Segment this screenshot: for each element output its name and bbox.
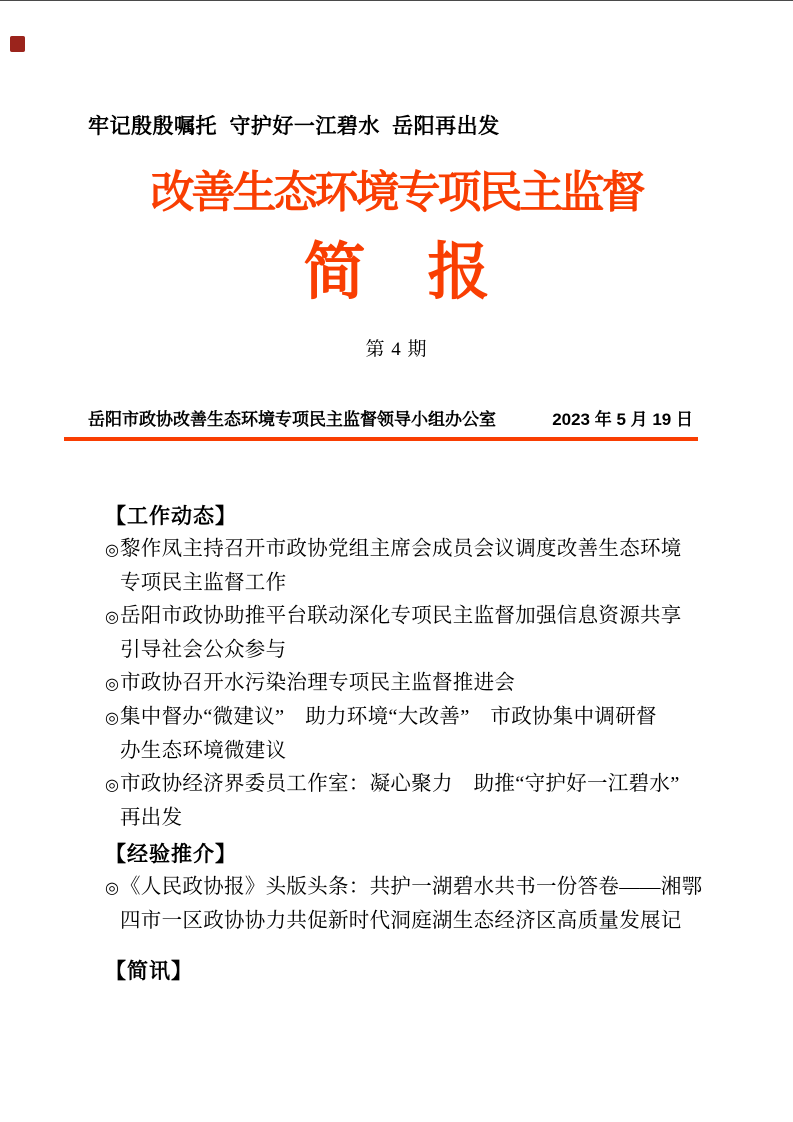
section-heading: 【经验推介】 <box>105 837 725 871</box>
bullet-icon: ◎ <box>105 872 120 905</box>
item-text: 集中督办“微建议” 助力环境“大改善” 市政协集中调研督 <box>120 706 657 728</box>
toc-item: ◎市政协召开水污染治理专项民主监督推进会 <box>105 667 725 701</box>
item-text: 黎作凤主持召开市政协党组主席会成员会议调度改善生态环境 <box>120 538 682 560</box>
item-line-continuation: 引导社会公众参与 <box>105 634 725 667</box>
bulletin-masthead: 简 报 <box>0 234 793 312</box>
item-text: 《人民政协报》头版头条：共护一湖碧水共书一份答卷——湘鄂 <box>120 876 702 898</box>
bulletin-page: 牢记殷殷嘱托 守护好一江碧水 岳阳再出发 改善生态环境专项民主监督 简 报 第 … <box>0 0 793 1122</box>
item-line-continuation: 再出发 <box>105 802 725 835</box>
item-line-first: ◎集中督办“微建议” 助力环境“大改善” 市政协集中调研督 <box>105 701 725 735</box>
bullet-icon: ◎ <box>105 601 120 634</box>
slogan-line: 牢记殷殷嘱托 守护好一江碧水 岳阳再出发 <box>88 114 500 140</box>
item-line-continuation: 专项民主监督工作 <box>105 567 725 600</box>
item-text: 岳阳市政协助推平台联动深化专项民主监督加强信息资源共享 <box>120 605 682 627</box>
bullet-icon: ◎ <box>105 769 120 802</box>
issuer-row: 岳阳市政协改善生态环境专项民主监督领导小组办公室 2023 年 5 月 19 日 <box>88 406 693 434</box>
item-line-first: ◎黎作凤主持召开市政协党组主席会成员会议调度改善生态环境 <box>105 533 725 567</box>
section-heading: 【工作动态】 <box>105 499 725 533</box>
item-line-first: ◎《人民政协报》头版头条：共护一湖碧水共书一份答卷——湘鄂 <box>105 871 725 905</box>
masthead-divider-rule <box>64 437 698 441</box>
issue-date: 2023 年 5 月 19 日 <box>552 406 693 434</box>
bulletin-title: 改善生态环境专项民主监督 <box>0 167 793 219</box>
issuer-office: 岳阳市政协改善生态环境专项民主监督领导小组办公室 <box>88 406 496 434</box>
bullet-icon: ◎ <box>105 534 120 567</box>
item-line-continuation: 四市一区政协协力共促新时代洞庭湖生态经济区高质量发展记 <box>105 905 725 938</box>
item-line-continuation: 办生态环境微建议 <box>105 735 725 768</box>
bullet-icon: ◎ <box>105 702 120 735</box>
bullet-icon: ◎ <box>105 668 120 701</box>
item-text: 市政协召开水污染治理专项民主监督推进会 <box>120 672 515 694</box>
toc-item: ◎市政协经济界委员工作室：凝心聚力 助推“守护好一江碧水”再出发 <box>105 768 725 835</box>
item-line-first: ◎岳阳市政协助推平台联动深化专项民主监督加强信息资源共享 <box>105 600 725 634</box>
toc-item: ◎集中督办“微建议” 助力环境“大改善” 市政协集中调研督办生态环境微建议 <box>105 701 725 768</box>
item-text: 市政协经济界委员工作室：凝心聚力 助推“守护好一江碧水” <box>120 773 680 795</box>
toc-item: ◎岳阳市政协助推平台联动深化专项民主监督加强信息资源共享引导社会公众参与 <box>105 600 725 667</box>
page-top-edge-line <box>0 0 793 1</box>
item-line-first: ◎市政协召开水污染治理专项民主监督推进会 <box>105 667 725 701</box>
toc-item: ◎黎作凤主持召开市政协党组主席会成员会议调度改善生态环境专项民主监督工作 <box>105 533 725 600</box>
corner-red-mark <box>10 36 25 52</box>
toc-item: ◎《人民政协报》头版头条：共护一湖碧水共书一份答卷——湘鄂四市一区政协协力共促新… <box>105 871 725 938</box>
section-heading: 【简讯】 <box>105 954 725 988</box>
bulletin-body: 【工作动态】◎黎作凤主持召开市政协党组主席会成员会议调度改善生态环境专项民主监督… <box>105 499 725 988</box>
item-line-first: ◎市政协经济界委员工作室：凝心聚力 助推“守护好一江碧水” <box>105 768 725 802</box>
issue-number: 第 4 期 <box>0 337 793 363</box>
